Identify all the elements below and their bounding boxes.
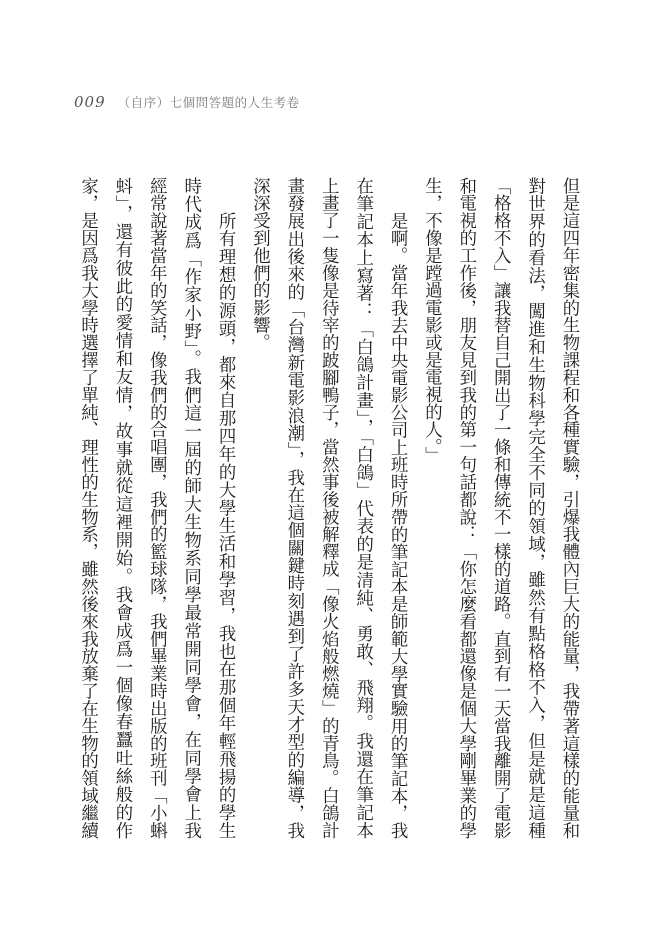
text-line: 經常說著當年的笑話，像我們的合唱團，我們的籃球隊，我們畢業時出版的班刊「小蝌 bbox=[139, 177, 173, 839]
paragraph-2: 是啊。當年我去中央電影公司上班時所帶的筆記本是師範大學實驗用的筆記本，我 在筆記… bbox=[242, 177, 414, 839]
text-line: 畫發展出後來的「台灣新電影浪潮」，我在這個關鍵時刻遇到了許多天才型的編導，我 bbox=[276, 177, 310, 839]
page-number: 009 bbox=[74, 93, 106, 111]
text-line: 在筆記本上寫著：「白鴿計畫」，「白鴿」代表的是清純、勇敢、飛翔。我還在筆記本 bbox=[345, 177, 379, 839]
text-line: 深深受到他們的影響。 bbox=[242, 177, 276, 839]
body-text: 但是這四年密集的生物課程和各種實驗，引爆我體內巨大的能量，我帶著這樣的能量和 對… bbox=[70, 177, 586, 839]
text-line: 「格格不入」讓我替自己開出了一條和傳統不一樣的道路。直到有一天當我離開了電影 bbox=[483, 177, 517, 839]
text-line: 和電視的工作後，朋友見到我的第一句話都說：「你怎麼看都還像是個大學剛畢業的學 bbox=[448, 177, 482, 839]
text-line: 但是這四年密集的生物課程和各種實驗，引爆我體內巨大的能量，我帶著這樣的能量和 bbox=[552, 177, 586, 839]
paragraph-1: 但是這四年密集的生物課程和各種實驗，引爆我體內巨大的能量，我帶著這樣的能量和 對… bbox=[414, 177, 586, 839]
text-line: 生，不像是蹚過電影或是電視的人。」 bbox=[414, 177, 448, 839]
text-line: 上畫了一隻像是待宰的跛腳鴨子，當然事後被解釋成「像火焰般燃燒」的青鳥。白鴿計 bbox=[311, 177, 345, 839]
text-line: 家，是因爲我大學時選擇了單純、理性的生物系，雖然後來我放棄了在生物的領域繼續 bbox=[70, 177, 104, 839]
paragraph-3: 所有理想的源頭，都來自那四年的大學生活和學習，我也在那個年輕飛揚的學生 時代成爲… bbox=[70, 177, 242, 839]
text-line: 所有理想的源頭，都來自那四年的大學生活和學習，我也在那個年輕飛揚的學生 bbox=[208, 177, 242, 839]
running-title: （自序）七個問答題的人生考卷 bbox=[118, 93, 300, 111]
running-header: 009 （自序）七個問答題的人生考卷 bbox=[74, 93, 300, 113]
text-line: 對世界的看法，闖進和生物科學完全不同的領域，雖然有點格格不入，但是就是這種 bbox=[517, 177, 551, 839]
text-line: 是啊。當年我去中央電影公司上班時所帶的筆記本是師範大學實驗用的筆記本，我 bbox=[380, 177, 414, 839]
text-line: 時代成爲「作家小野」。我們這一屆的師大生物系同學最常開同學會，在同學會上我 bbox=[173, 177, 207, 839]
text-line: 蚪」，還有彼此的愛情和友情，故事就從這裡開始。我會成爲一個像春蠶吐絲般的作 bbox=[105, 177, 139, 839]
